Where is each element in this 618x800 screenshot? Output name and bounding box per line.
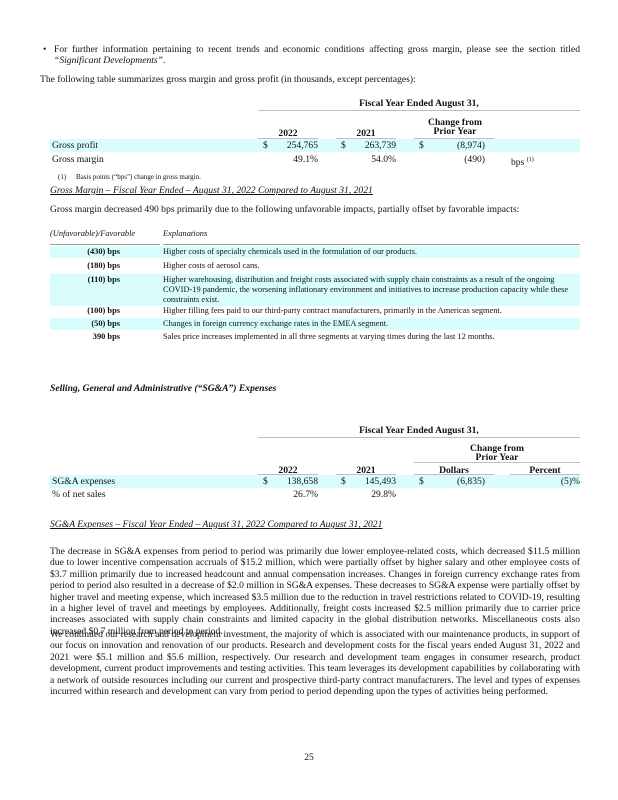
- bullet-period: .: [163, 55, 165, 66]
- value-change: (490): [430, 154, 485, 166]
- unit-label: bps (1): [511, 154, 534, 169]
- sga-heading: Selling, General and Administrative (“SG…: [50, 383, 276, 394]
- currency-symbol: $: [419, 140, 424, 152]
- impact-explanation: Changes in foreign currency exchange rat…: [163, 319, 578, 329]
- footnote-ref: (1): [527, 157, 534, 163]
- value-2021: 54.0%: [348, 154, 396, 166]
- value-2022: 49.1%: [270, 154, 318, 166]
- value-2022: 254,765: [270, 140, 318, 152]
- unit-text: bps: [511, 157, 524, 168]
- sga-paragraph: The decrease in SG&A expenses from perio…: [50, 546, 580, 637]
- row-label: % of net sales: [52, 489, 106, 501]
- rd-paragraph: We continued our research and developmen…: [50, 629, 580, 697]
- page-number: 25: [0, 752, 618, 763]
- gross-summary: Gross margin decreased 490 bps primarily…: [50, 204, 580, 215]
- impact-value: (110) bps: [50, 275, 120, 285]
- impact-value: (50) bps: [50, 319, 120, 329]
- footnote-text: Basis points (“bps”) change in gross mar…: [76, 171, 201, 183]
- value-2021: 145,493: [348, 476, 396, 488]
- currency-symbol: $: [263, 140, 268, 152]
- row-label: Gross profit: [52, 140, 98, 152]
- value-dollars: (6,835): [430, 476, 485, 488]
- gross-intro: The following table summarizes gross mar…: [40, 74, 580, 85]
- footnote-number: (1): [58, 171, 66, 183]
- currency-symbol: $: [341, 476, 346, 488]
- gross-col-change: Change from Prior Year: [420, 118, 490, 136]
- value-2021: 263,739: [348, 140, 396, 152]
- value-2021: 29.8%: [348, 489, 396, 501]
- row-label: Gross margin: [52, 154, 104, 166]
- impact-value: (100) bps: [50, 306, 120, 316]
- impact-col-header: (Unfavorable)/Favorable: [50, 228, 135, 240]
- currency-symbol: $: [419, 476, 424, 488]
- value-2022: 26.7%: [270, 489, 318, 501]
- gross-span-header: Fiscal Year Ended August 31,: [258, 98, 580, 110]
- impact-explanation: Higher warehousing, distribution and fre…: [163, 275, 578, 305]
- value-change: (8,974): [430, 140, 485, 152]
- bullet-text: For further information pertaining to re…: [54, 44, 580, 55]
- impact-explanation: Higher filling fees paid to our third-pa…: [163, 306, 578, 316]
- row-label: SG&A expenses: [52, 476, 115, 488]
- impact-explanation: Sales price increases implemented in all…: [163, 332, 578, 342]
- sga-change-header: Change from Prior Year: [414, 444, 580, 462]
- explanation-col-header: Explanations: [163, 228, 207, 240]
- value-percent: (5)%: [520, 476, 580, 488]
- impact-value: (180) bps: [50, 261, 120, 271]
- bullet-italic-ref: “Significant Developments”: [54, 55, 163, 66]
- gross-section-title: Gross Margin – Fiscal Year Ended – Augus…: [50, 185, 373, 196]
- currency-symbol: $: [263, 476, 268, 488]
- sga-span-header: Fiscal Year Ended August 31,: [258, 425, 580, 437]
- bullet-item: • For further information pertaining to …: [40, 44, 580, 67]
- impact-explanation: Higher costs of specialty chemicals used…: [163, 247, 578, 257]
- bullet-icon: •: [43, 44, 46, 55]
- impact-value: 390 bps: [50, 332, 120, 342]
- sga-section-title: SG&A Expenses – Fiscal Year Ended – Augu…: [50, 519, 382, 530]
- impact-value: (430) bps: [50, 247, 120, 257]
- impact-explanation: Higher costs of aerosol cans.: [163, 261, 578, 271]
- value-2022: 138,658: [270, 476, 318, 488]
- currency-symbol: $: [341, 140, 346, 152]
